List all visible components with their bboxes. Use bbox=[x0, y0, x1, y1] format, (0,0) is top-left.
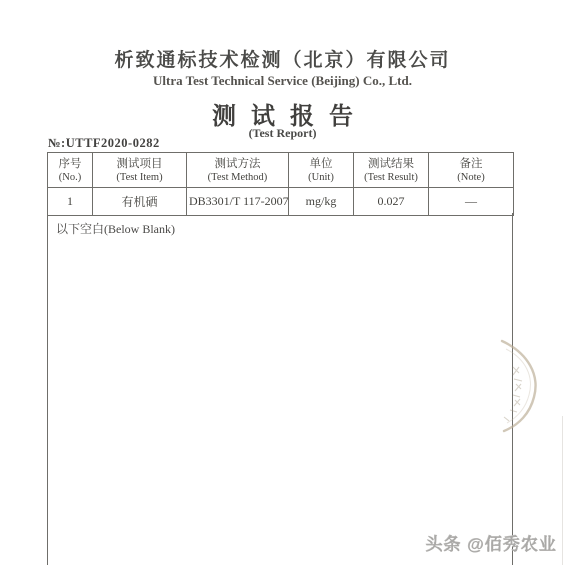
col-header-item: 测试项目 (Test Item) bbox=[93, 153, 187, 188]
company-name-english: Ultra Test Technical Service (Beijing) C… bbox=[0, 73, 565, 89]
toutiao-watermark: 头条 @佰秀农业 bbox=[426, 530, 557, 555]
cell-note: — bbox=[429, 188, 514, 216]
below-blank-area: 以下空白(Below Blank) bbox=[47, 213, 513, 565]
col-header-result: 测试结果 (Test Result) bbox=[354, 153, 429, 188]
col-header-no-en: (No.) bbox=[50, 171, 90, 184]
results-table: 序号 (No.) 测试项目 (Test Item) 测试方法 (Test Met… bbox=[47, 152, 514, 216]
scan-page-edge bbox=[562, 416, 563, 565]
col-header-item-cn: 测试项目 bbox=[95, 157, 184, 171]
col-header-unit-en: (Unit) bbox=[291, 171, 351, 184]
cell-test-item: 有机硒 bbox=[93, 188, 187, 216]
cell-unit: mg/kg bbox=[289, 188, 354, 216]
col-header-item-en: (Test Item) bbox=[95, 171, 184, 184]
col-header-no: 序号 (No.) bbox=[48, 153, 93, 188]
cell-test-result: 0.027 bbox=[354, 188, 429, 216]
cell-no: 1 bbox=[48, 188, 93, 216]
col-header-method-en: (Test Method) bbox=[189, 171, 286, 184]
col-header-method-cn: 测试方法 bbox=[189, 157, 286, 171]
test-report-page: 析致通标技术检测（北京）有限公司 Ultra Test Technical Se… bbox=[0, 0, 565, 565]
table-row: 1 有机硒 DB3301/T 117-2007 mg/kg 0.027 — bbox=[48, 188, 514, 216]
col-header-note-en: (Note) bbox=[431, 171, 511, 184]
col-header-method: 测试方法 (Test Method) bbox=[187, 153, 289, 188]
col-header-no-cn: 序号 bbox=[50, 157, 90, 171]
col-header-result-cn: 测试结果 bbox=[356, 157, 426, 171]
below-blank-label: 以下空白(Below Blank) bbox=[56, 220, 175, 237]
col-header-note-cn: 备注 bbox=[431, 157, 511, 171]
company-name-chinese: 析致通标技术检测（北京）有限公司 bbox=[0, 45, 565, 72]
col-header-note: 备注 (Note) bbox=[429, 153, 514, 188]
col-header-unit-cn: 单位 bbox=[291, 157, 351, 171]
seal-stamp-icon bbox=[486, 337, 546, 435]
col-header-unit: 单位 (Unit) bbox=[289, 153, 354, 188]
table-header-row: 序号 (No.) 测试项目 (Test Item) 测试方法 (Test Met… bbox=[48, 153, 514, 188]
col-header-result-en: (Test Result) bbox=[356, 171, 426, 184]
report-number: №:UTTF2020-0282 bbox=[48, 136, 160, 151]
cell-test-method: DB3301/T 117-2007 bbox=[187, 188, 289, 216]
